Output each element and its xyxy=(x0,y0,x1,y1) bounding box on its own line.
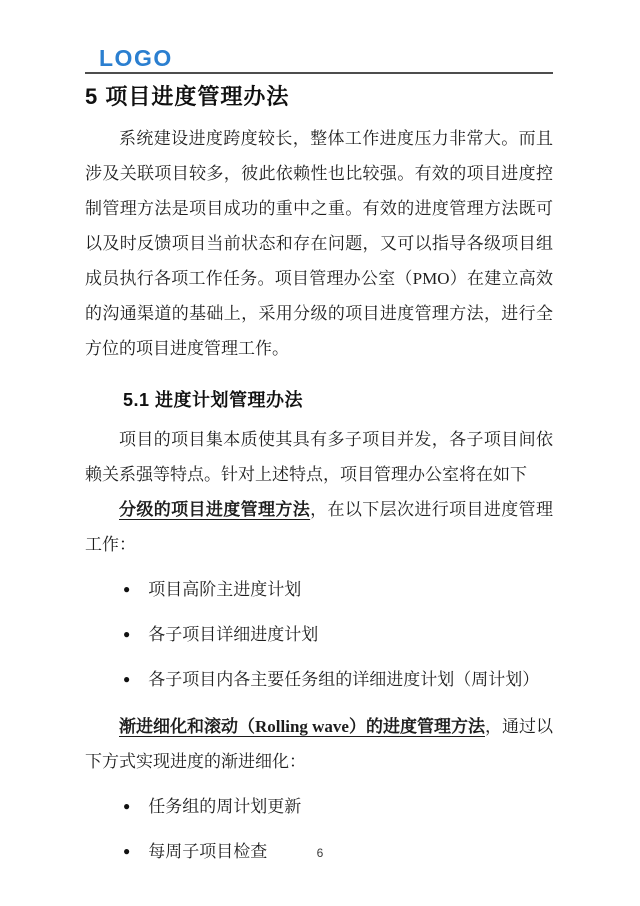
tiered-method-emphasis: 分级的项目进度管理方法 xyxy=(119,500,310,519)
company-logo: LOGO xyxy=(99,46,553,71)
header-divider xyxy=(85,72,553,74)
bullet-icon: ● xyxy=(123,572,130,607)
bullet-icon: ● xyxy=(123,662,130,697)
list-item-label: 项目高阶主进度计划 xyxy=(148,572,301,607)
page-number: 6 xyxy=(0,846,640,860)
page-content: LOGO 5 项目进度管理办法 系统建设进度跨度较长，整体工作进度压力非常大。而… xyxy=(0,0,640,869)
bullet-icon: ● xyxy=(123,789,130,824)
paragraph-tiered-method: 分级的项目进度管理方法，在以下层次进行项目进度管理工作： xyxy=(85,492,553,562)
rolling-wave-emphasis: 渐进细化和滚动（Rolling wave）的进度管理方法 xyxy=(119,717,485,736)
paragraph-rolling-wave: 渐进细化和滚动（Rolling wave）的进度管理方法，通过以下方式实现进度的… xyxy=(85,709,553,779)
bullet-icon: ● xyxy=(123,617,130,652)
subsection-heading: 5.1 进度计划管理办法 xyxy=(123,386,553,412)
list-item: ● 各子项目详细进度计划 xyxy=(85,617,553,652)
paragraph-intro: 系统建设进度跨度较长，整体工作进度压力非常大。而且涉及关联项目较多，彼此依赖性也… xyxy=(85,121,553,366)
section-heading: 5 项目进度管理办法 xyxy=(85,80,553,111)
list-item-label: 各子项目详细进度计划 xyxy=(148,617,318,652)
list-item: ● 项目高阶主进度计划 xyxy=(85,572,553,607)
list-item-label: 任务组的周计划更新 xyxy=(148,789,301,824)
paragraph-characteristics: 项目的项目集本质使其具有多子项目并发，各子项目间依赖关系强等特点。针对上述特点，… xyxy=(85,422,553,492)
list-item: ● 各子项目内各主要任务组的详细进度计划（周计划） xyxy=(85,662,553,697)
plan-levels-list: ● 项目高阶主进度计划 ● 各子项目详细进度计划 ● 各子项目内各主要任务组的详… xyxy=(85,572,553,697)
list-item: ● 任务组的周计划更新 xyxy=(85,789,553,824)
list-item-label: 各子项目内各主要任务组的详细进度计划（周计划） xyxy=(148,662,539,697)
document-page: LOGO 5 项目进度管理办法 系统建设进度跨度较长，整体工作进度压力非常大。而… xyxy=(0,0,640,906)
